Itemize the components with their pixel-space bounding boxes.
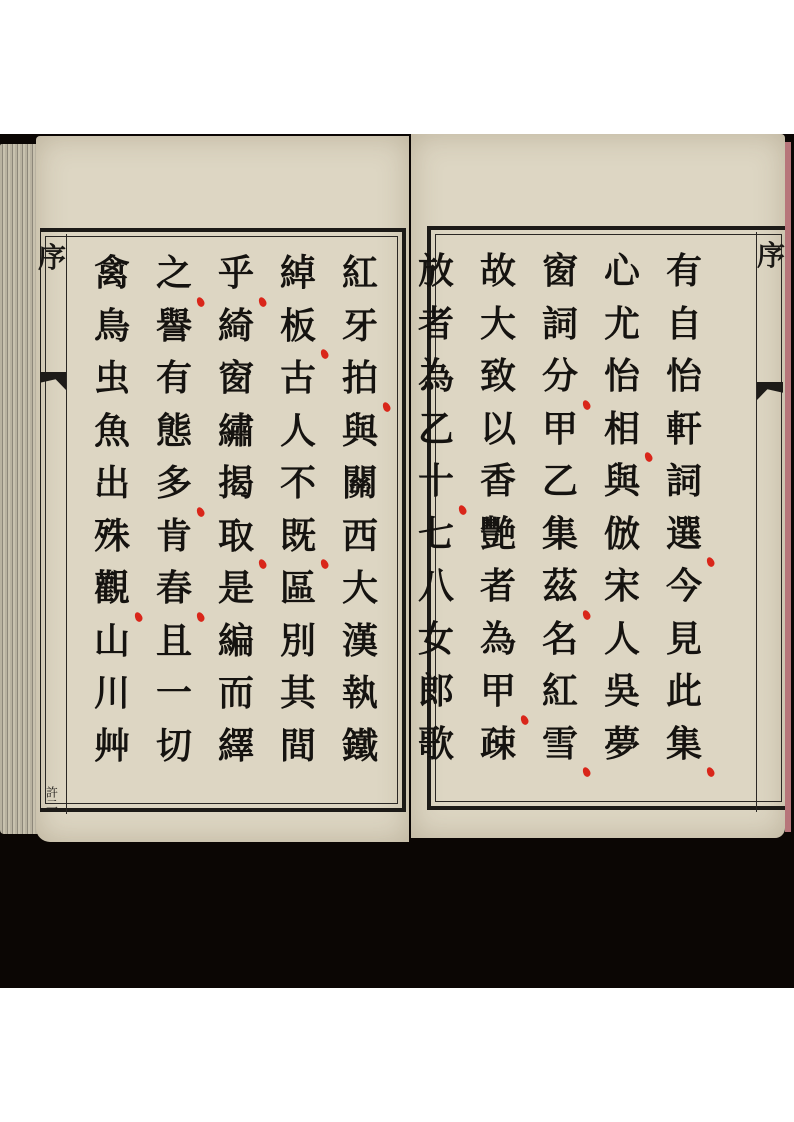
left-page-center-margin: 序 許二 xyxy=(38,234,67,814)
character: 山 xyxy=(86,616,138,669)
character: 殊 xyxy=(86,511,138,564)
character: 詞 xyxy=(658,456,710,509)
character: 八 xyxy=(410,561,462,614)
character: 以 xyxy=(472,404,524,457)
character: 大 xyxy=(472,299,524,352)
text-column: 綽板古人不既區別其間 xyxy=(267,248,329,773)
character: 茲 xyxy=(534,561,586,614)
character: 肯 xyxy=(148,511,200,564)
character: 之 xyxy=(148,248,200,301)
character: 譽 xyxy=(148,301,200,354)
character: 詞 xyxy=(534,299,586,352)
character: 川 xyxy=(86,668,138,721)
character: 春 xyxy=(148,563,200,616)
character: 板 xyxy=(272,301,324,354)
character: 尤 xyxy=(596,299,648,352)
character: 人 xyxy=(272,406,324,459)
character: 倣 xyxy=(596,509,648,562)
character: 窗 xyxy=(534,246,586,299)
right-page-center-margin: 序 xyxy=(756,232,785,812)
character: 香 xyxy=(472,456,524,509)
character: 集 xyxy=(534,509,586,562)
character: 鳥 xyxy=(86,301,138,354)
character: 郎 xyxy=(410,666,462,719)
character: 七 xyxy=(410,509,462,562)
character: 關 xyxy=(334,458,386,511)
character: 女 xyxy=(410,614,462,667)
folio-number: 許二 xyxy=(44,786,61,810)
character: 故 xyxy=(472,246,524,299)
text-column: 心尤怡相與倣宋人吳夢 xyxy=(591,246,653,771)
character: 甲 xyxy=(534,404,586,457)
character: 窗 xyxy=(210,353,262,406)
text-column: 之譽有態多肯春且一切 xyxy=(143,248,205,773)
character: 乙 xyxy=(534,456,586,509)
character: 與 xyxy=(334,406,386,459)
text-column: 放者為乙十七八女郎歌 xyxy=(405,246,467,771)
text-column: 窗詞分甲乙集茲名紅雪 xyxy=(529,246,591,771)
character: 揭 xyxy=(210,458,262,511)
character: 多 xyxy=(148,458,200,511)
character: 紅 xyxy=(534,666,586,719)
text-column: 紅牙拍與關西大漢執鐵 xyxy=(329,248,391,773)
text-column: 乎綺窗繡揭取是編而繹 xyxy=(205,248,267,773)
character: 艸 xyxy=(86,721,138,774)
character: 名 xyxy=(534,614,586,667)
character: 為 xyxy=(472,614,524,667)
character: 一 xyxy=(148,668,200,721)
character: 十 xyxy=(410,456,462,509)
character: 甲 xyxy=(472,666,524,719)
character: 吳 xyxy=(596,666,648,719)
character: 者 xyxy=(472,561,524,614)
left-page-text-columns: 紅牙拍與關西大漢執鐵綽板古人不既區別其間乎綺窗繡揭取是編而繹之譽有態多肯春且一切… xyxy=(81,248,391,773)
character: 歌 xyxy=(410,719,462,772)
character: 怡 xyxy=(658,351,710,404)
character: 集 xyxy=(658,719,710,772)
character: 切 xyxy=(148,721,200,774)
character: 拍 xyxy=(334,353,386,406)
character: 放 xyxy=(410,246,462,299)
character: 取 xyxy=(210,511,262,564)
margin-title: 序 xyxy=(38,236,66,276)
text-column: 有自怡軒詞選今見此集 xyxy=(653,246,715,771)
character: 相 xyxy=(596,404,648,457)
character: 紅 xyxy=(334,248,386,301)
character: 繡 xyxy=(210,406,262,459)
character: 既 xyxy=(272,511,324,564)
character: 軒 xyxy=(658,404,710,457)
character: 虫 xyxy=(86,353,138,406)
character: 見 xyxy=(658,614,710,667)
character: 乙 xyxy=(410,404,462,457)
character: 不 xyxy=(272,458,324,511)
character: 出 xyxy=(86,458,138,511)
character: 乎 xyxy=(210,248,262,301)
character: 觀 xyxy=(86,563,138,616)
character: 牙 xyxy=(334,301,386,354)
character: 間 xyxy=(272,721,324,774)
character: 其 xyxy=(272,668,324,721)
character: 分 xyxy=(534,351,586,404)
character: 古 xyxy=(272,353,324,406)
scanned-book-spread: 序 許二 紅牙拍與關西大漢執鐵綽板古人不既區別其間乎綺窗繡揭取是編而繹之譽有態多… xyxy=(0,134,794,988)
character: 致 xyxy=(472,351,524,404)
character: 而 xyxy=(210,668,262,721)
character: 雪 xyxy=(534,719,586,772)
page-edge-stack xyxy=(0,144,40,834)
character: 怡 xyxy=(596,351,648,404)
character: 且 xyxy=(148,616,200,669)
character: 繹 xyxy=(210,721,262,774)
character: 漢 xyxy=(334,616,386,669)
character: 此 xyxy=(658,666,710,719)
character: 鐵 xyxy=(334,721,386,774)
character: 魚 xyxy=(86,406,138,459)
character: 與 xyxy=(596,456,648,509)
character: 今 xyxy=(658,561,710,614)
character: 綽 xyxy=(272,248,324,301)
character: 夢 xyxy=(596,719,648,772)
character: 心 xyxy=(596,246,648,299)
character: 禽 xyxy=(86,248,138,301)
text-column: 禽鳥虫魚出殊觀山川艸 xyxy=(81,248,143,773)
character: 編 xyxy=(210,616,262,669)
character: 有 xyxy=(658,246,710,299)
left-page: 序 許二 紅牙拍與關西大漢執鐵綽板古人不既區別其間乎綺窗繡揭取是編而繹之譽有態多… xyxy=(36,136,409,842)
character: 執 xyxy=(334,668,386,721)
character: 大 xyxy=(334,563,386,616)
character: 人 xyxy=(596,614,648,667)
character: 有 xyxy=(148,353,200,406)
character: 宋 xyxy=(596,561,648,614)
character: 態 xyxy=(148,406,200,459)
character: 別 xyxy=(272,616,324,669)
margin-title: 序 xyxy=(757,234,785,274)
character: 疎 xyxy=(472,719,524,772)
character: 西 xyxy=(334,511,386,564)
character: 綺 xyxy=(210,301,262,354)
character: 是 xyxy=(210,563,262,616)
right-page: 序 有自怡軒詞選今見此集心尤怡相與倣宋人吳夢窗詞分甲乙集茲名紅雪故大致以香艷者為… xyxy=(411,134,785,838)
character: 自 xyxy=(658,299,710,352)
character: 選 xyxy=(658,509,710,562)
text-column: 故大致以香艷者為甲疎 xyxy=(467,246,529,771)
character: 者 xyxy=(410,299,462,352)
right-page-text-columns: 有自怡軒詞選今見此集心尤怡相與倣宋人吳夢窗詞分甲乙集茲名紅雪故大致以香艷者為甲疎… xyxy=(405,246,715,771)
character: 艷 xyxy=(472,509,524,562)
character: 為 xyxy=(410,351,462,404)
character: 區 xyxy=(272,563,324,616)
